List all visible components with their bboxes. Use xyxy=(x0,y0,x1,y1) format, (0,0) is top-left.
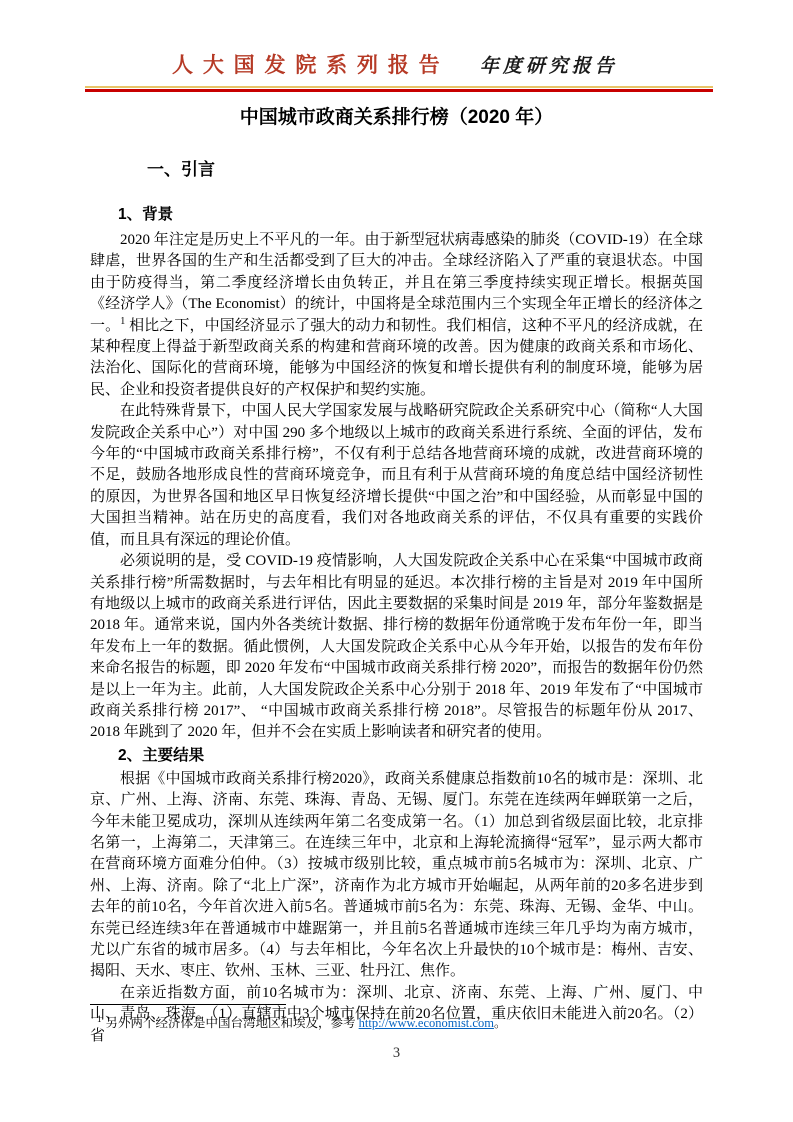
page-number: 3 xyxy=(0,1045,793,1062)
report-page: 人 大 国 发 院 系 列 报 告 年度研究报告 中国城市政商关系排行榜（202… xyxy=(0,0,793,1122)
paragraph-main-results-1: 根据《中国城市政商关系排行榜2020》，政商关系健康总指数前10名的城市是：深圳… xyxy=(90,769,703,983)
annual-report-label: 年度研究报告 xyxy=(480,55,618,77)
footnote-text: 另外两个经济体是中国台湾地区和埃及，参考 xyxy=(106,1016,359,1030)
paragraph-background-3: 必须说明的是，受 COVID-19 疫情影响，人大国发院政企关系中心在采集“中国… xyxy=(90,551,703,744)
footnote: 1另外两个经济体是中国台湾地区和埃及，参考 http://www.economi… xyxy=(97,1011,697,1032)
paragraph-background-1-text-after-footnote: 相比之下，中国经济显示了强大的动力和韧性。我们相信，这种不平凡的经济成就，在某种… xyxy=(90,318,703,398)
footnote-divider xyxy=(90,1004,286,1005)
paragraph-background-2: 在此特殊背景下，中国人民大学国家发展与战略研究院政企关系研究中心（简称“人大国发… xyxy=(90,401,703,551)
subsection-heading-main-results: 2、主要结果 xyxy=(118,747,703,765)
footnote-link[interactable]: http://www.economist.com xyxy=(359,1016,494,1030)
page-content: 人 大 国 发 院 系 列 报 告 年度研究报告 中国城市政商关系排行榜（202… xyxy=(90,0,703,1047)
header-rule xyxy=(85,86,713,92)
paragraph-background-1: 2020 年注定是历史上不平凡的一年。由于新型冠状病毒感染的肺炎（COVID-1… xyxy=(90,230,703,401)
header-rule-red-line xyxy=(85,89,713,92)
subsection-heading-background: 1、背景 xyxy=(118,206,703,224)
document-title: 中国城市政商关系排行榜（2020 年） xyxy=(90,106,703,130)
section-heading-introduction: 一、引言 xyxy=(147,160,703,180)
footnote-marker: 1 xyxy=(97,1014,102,1024)
series-title: 人 大 国 发 院 系 列 报 告 xyxy=(172,54,442,77)
footnote-suffix: 。 xyxy=(494,1016,507,1030)
header-row: 人 大 国 发 院 系 列 报 告 年度研究报告 xyxy=(90,50,703,84)
page-header: 人 大 国 发 院 系 列 报 告 年度研究报告 xyxy=(90,50,703,92)
